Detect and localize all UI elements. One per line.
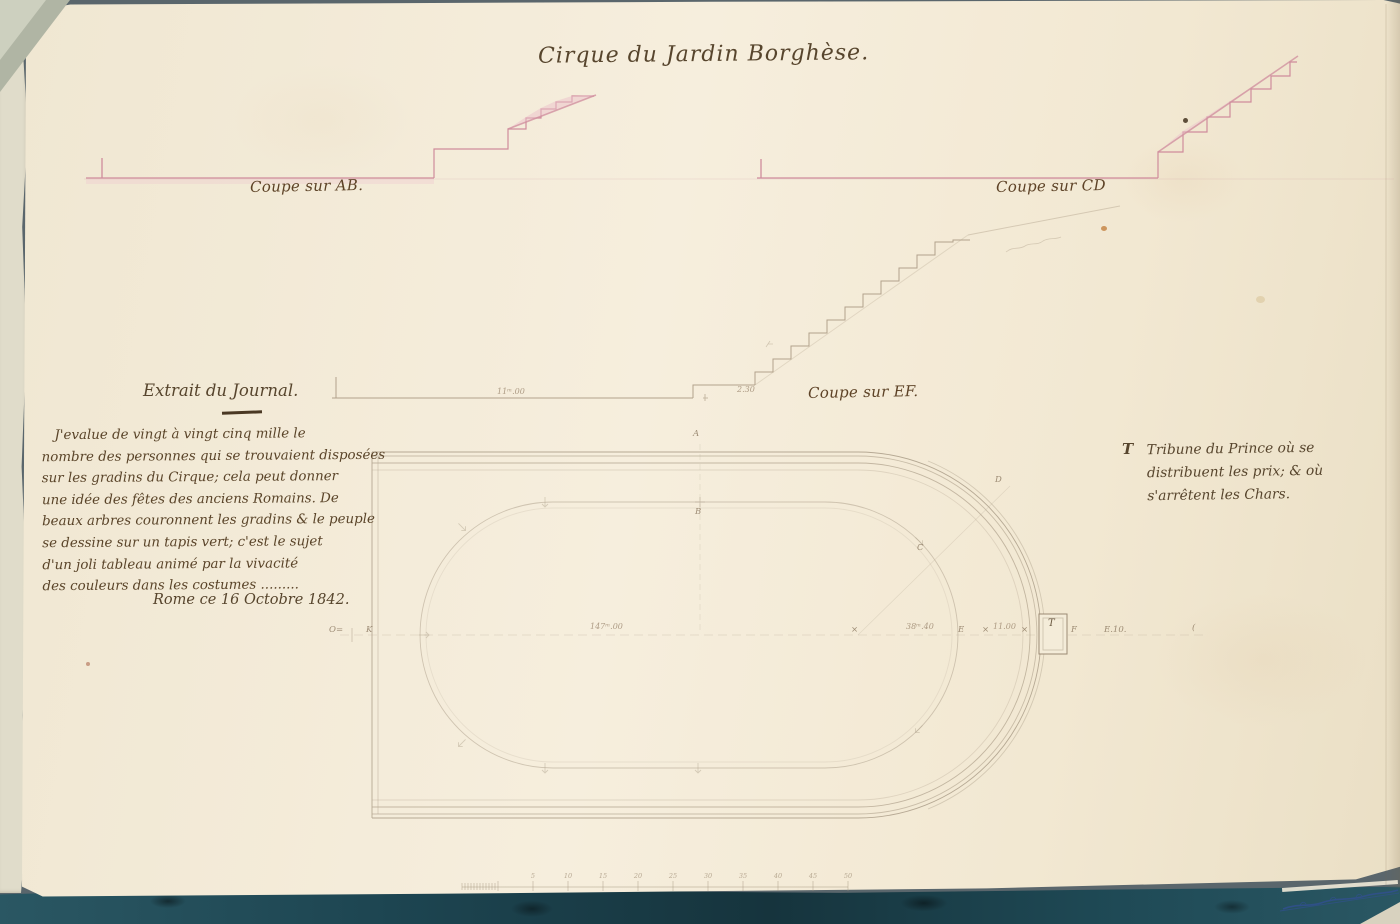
ef-dimension-right: 2.30 (737, 385, 755, 394)
tribune-note-line: distribuent les prix; & où (1147, 460, 1323, 485)
archival-drawing-scan: 5 10 15 20 25 30 35 40 45 50 Cirque du J… (0, 0, 1400, 924)
axis-marker-e: E (958, 625, 964, 635)
journal-heading: Extrait du Journal. (143, 381, 298, 400)
point-label-d: D (995, 475, 1002, 485)
axis-marker-paren: ( (1192, 623, 1195, 633)
foxing-spot (86, 662, 90, 666)
sheet-right-edge-shadow (1386, 0, 1400, 888)
point-label-c: C (917, 543, 924, 553)
axis-dimension-38: 38ᵐ.40 (906, 622, 934, 631)
foxing-spot (1256, 296, 1265, 303)
axis-dimension-11: 11.00 (993, 622, 1016, 631)
tribune-box-label: T (1048, 618, 1055, 629)
tribune-note-line: Tribune du Prince où se (1147, 437, 1323, 462)
tribune-note: Tribune du Prince où se distribuent les … (1147, 437, 1324, 508)
point-label-b: B (695, 507, 701, 517)
journal-line: d'un joli tableau animé par la vivacité (42, 552, 386, 576)
section-label-ef: Coupe sur EF. (808, 382, 919, 402)
axis-marker-e10: E.10. (1104, 625, 1126, 635)
journal-line: sur les gradins du Cirque; cela peut don… (42, 466, 386, 490)
journal-line: J'evalue de vingt à vingt cinq mille le (41, 423, 385, 447)
section-label-ab: Coupe sur AB. (250, 176, 364, 196)
axis-marker-x3: × (1021, 625, 1028, 635)
section-label-cd: Coupe sur CD (996, 176, 1106, 196)
axis-marker-x1: × (851, 625, 858, 635)
point-label-a: A (693, 429, 699, 439)
axis-marker-x2: × (982, 625, 989, 635)
journal-paragraph: J'evalue de vingt à vingt cinq mille le … (41, 423, 386, 598)
foxing-spot (1101, 226, 1107, 231)
journal-line: une idée des fêtes des anciens Romains. … (42, 488, 386, 512)
journal-line: beaux arbres couronnent les gradins & le… (42, 509, 386, 533)
journal-line: nombre des personnes qui se trouvaient d… (42, 444, 386, 468)
ef-dimension-left: 11ᵐ.00 (497, 387, 525, 396)
axis-marker-k: K (366, 625, 372, 635)
journal-date: Rome ce 16 Octobre 1842. (153, 592, 349, 608)
axis-marker-o: O= (329, 625, 343, 635)
axis-dimension-147: 147ᵐ.00 (590, 622, 623, 631)
journal-line: se dessine sur un tapis vert; c'est le s… (42, 531, 386, 555)
tribune-note-marker: T (1122, 440, 1133, 458)
ink-spot (1183, 118, 1188, 123)
axis-marker-f: F (1071, 625, 1077, 635)
page-title: Cirque du Jardin Borghèse. (538, 40, 869, 68)
tribune-note-line: s'arrêtent les Chars. (1147, 483, 1323, 508)
